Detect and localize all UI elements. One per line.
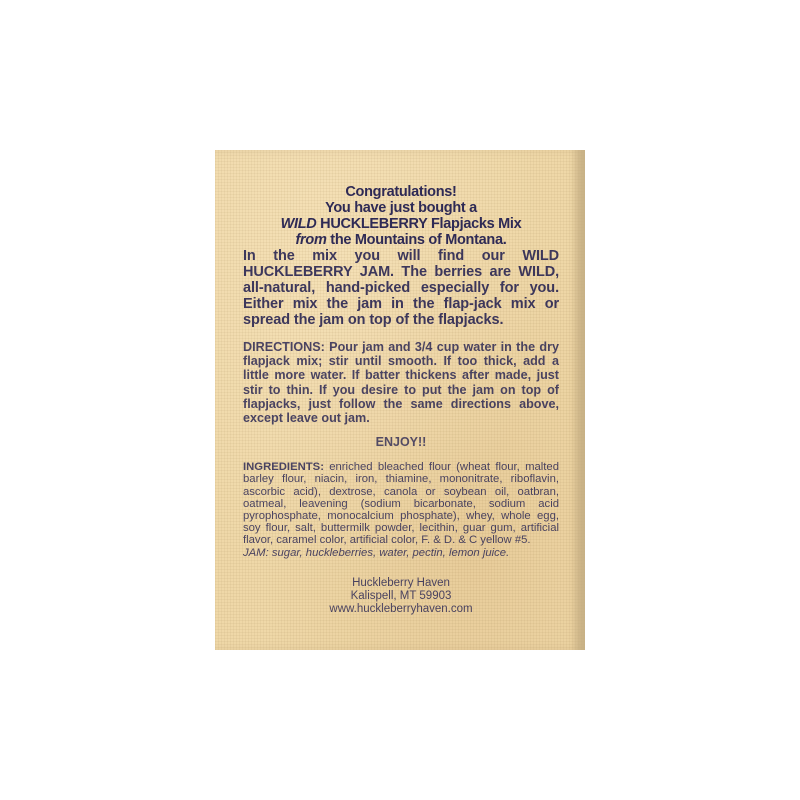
company-website: www.huckleberryhaven.com [243,603,559,616]
company-address: Kalispell, MT 59903 [243,590,559,603]
directions-paragraph: DIRECTIONS: Pour jam and 3/4 cup water i… [243,340,559,425]
intro-paragraph: In the mix you will find our WILD HUCKLE… [243,248,559,328]
headline-product-name: HUCKLEBERRY Flapjacks Mix [316,216,521,232]
company-name: Huckleberry Haven [243,577,559,590]
headline: Congratulations! You have just bought a … [243,184,559,248]
headline-product: WILD HUCKLEBERRY Flapjacks Mix [243,216,559,232]
enjoy-text: ENJOY!! [243,435,559,449]
ingredients-paragraph: INGREDIENTS: enriched bleached flour (wh… [243,461,559,559]
label-content: Congratulations! You have just bought a … [243,184,559,616]
headline-congratulations: Congratulations! [243,184,559,200]
headline-bought: You have just bought a [243,200,559,216]
headline-wild: WILD [281,216,317,232]
ingredients-label: INGREDIENTS: [243,461,324,473]
cloth-bag-label: Congratulations! You have just bought a … [215,150,585,650]
headline-origin: from the Mountains of Montana. [243,232,559,248]
directions-label: DIRECTIONS: [243,340,325,354]
jam-label: JAM: [243,547,269,559]
headline-mountains: the Mountains of Montana. [327,232,507,248]
jam-text: sugar, huckleberries, water, pectin, lem… [269,547,510,559]
headline-from: from [296,232,327,248]
company-footer: Huckleberry Haven Kalispell, MT 59903 ww… [243,577,559,616]
ingredients-text: enriched bleached flour (wheat flour, ma… [243,461,559,546]
